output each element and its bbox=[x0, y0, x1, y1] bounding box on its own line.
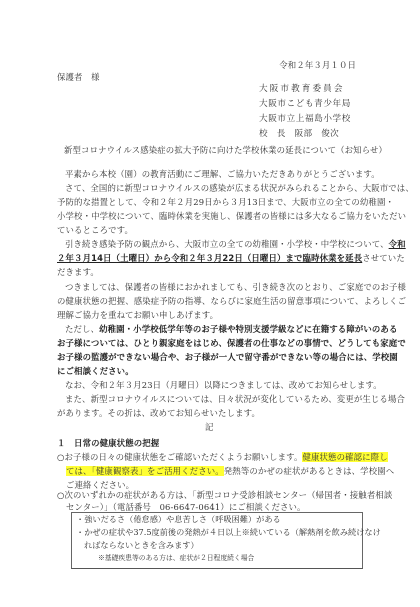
item-1-line-1: ○お子様の日々の健康状態をご確認いただくようお願いします。健康状態の確認に際し bbox=[57, 450, 375, 465]
closure-extension-period: ２年３月14日（土曜日）から令和２年３月22日（日曜日）まで臨時休業を延長 bbox=[57, 253, 362, 263]
paragraph-7-line-2: があります。その折は、改めてお知らせいたします。 bbox=[57, 406, 375, 421]
document-title: 新型コロナウイルス感染症の拡大予防に向けた学校休業の延長について（お知らせ） bbox=[64, 143, 387, 158]
paragraph-2-line-3: 小学校・中学校について、臨時休業を実施し、保護者の皆様には多大なるご協力をいただ… bbox=[57, 209, 375, 224]
paragraph-greeting: 平素から本校（園）の教育活動にご理解、ご協力いただきありがとうございます。 bbox=[57, 167, 383, 182]
paragraph-4-line-2: の健康状態の把握、感染症予防の指導、ならびに家庭生活の留意事項について、よろしく… bbox=[57, 294, 375, 309]
paragraph-2-line-4: ているところです。 bbox=[57, 223, 375, 238]
symptom-note: ※基礎疾患等のある方は、症状が２日程度続く場合 bbox=[98, 551, 254, 566]
paragraph-3-line-2: ２年３月14日（土曜日）から令和２年３月22日（日曜日）まで臨時休業を延長させて… bbox=[57, 251, 375, 266]
paragraph-3-line-3: だきます。 bbox=[57, 265, 375, 280]
item-1-plain: ○お子様の日々の健康状態をご確認いただくようお願いします。 bbox=[57, 452, 302, 462]
paragraph-7-line-1: また、新型コロナウイルスについては、日々状況が変化しているため、変更が生じる場合 bbox=[57, 392, 383, 407]
paragraph-3-line-1: 引き続き感染予防の観点から、大阪市立の全ての幼稚園・小学校・中学校について、令和 bbox=[57, 237, 383, 252]
ki-heading: 記 bbox=[205, 420, 214, 435]
sender-line-4: 校 長 阪部 俊次 bbox=[259, 127, 339, 142]
item-1-line-2: ては、「健康観察表」をご活用ください。発熱等のかぜの症状があるときは、学校園へ bbox=[66, 464, 384, 479]
paragraph-4-line-3: 理解ご協力を重ねてお願い申しあげます。 bbox=[57, 308, 375, 323]
paragraph-2-line-2: 予防的な措置として、令和２年２月29日から３月13日まで、大阪市立の全ての幼稚園… bbox=[57, 195, 375, 210]
paragraph-2-line-1: さて、全国的に新型コロナウイルスの感染が広まる状況がみられることから、大阪市では… bbox=[57, 181, 383, 196]
document-date: 令和２年３月１０日 bbox=[279, 58, 356, 73]
paragraph-5-line-2: お子様については、ひとり親家庭をはじめ、保護者の仕事などの事情で、どうしても家庭… bbox=[57, 336, 375, 351]
sender-line-2: 大阪市こども青少年局 bbox=[259, 97, 351, 112]
paragraph-4-line-1: つきましては、保護者の皆様におかれましても、引き続き次のとおり、ご家庭でのお子様 bbox=[57, 280, 383, 295]
paragraph-6: なお、令和２年３月23日（月曜日）以降につきましては、改めてお知らせします。 bbox=[57, 378, 383, 393]
item-2-line-2: センター）」（電話番号 06-6647-0641）にご相談ください。 bbox=[66, 500, 384, 515]
highlighted-text-1: 健康状態の確認に際し bbox=[302, 452, 387, 462]
paragraph-5-line-4: にご相談ください。 bbox=[57, 364, 375, 379]
p3-plain-end: させていた bbox=[362, 253, 405, 263]
symptoms-box: ・強いだるさ（倦怠感）や息苦しさ（呼吸困難）がある ・かぜの症状や37.5度前後… bbox=[71, 512, 363, 569]
paragraph-5-line-1: ただし、幼稚園・小学校低学年等のお子様や特別支援学級などに在籍する障がいのある bbox=[57, 322, 383, 337]
item-1-plain-2: 発熱等のかぜの症状があるときは、学校園へ bbox=[224, 466, 395, 476]
sender-line-1: 大阪市教育委員会 bbox=[259, 82, 345, 97]
section-1-heading: １ 日常の健康状態の把握 bbox=[57, 436, 159, 451]
p5-prefix: ただし、 bbox=[65, 324, 99, 334]
sender-line-3: 大阪市立上福島小学校 bbox=[259, 112, 351, 127]
p3-bold-start: 令和 bbox=[389, 239, 406, 249]
p5-bold-1: 幼稚園・小学校低学年等のお子様や特別支援学級などに在籍する障がいのある bbox=[99, 324, 397, 334]
highlighted-text-2: ては、「健康観察表」をご活用ください。 bbox=[66, 466, 224, 476]
p3-plain: 引き続き感染予防の観点から、大阪市立の全ての幼稚園・小学校・中学校について、 bbox=[65, 239, 389, 249]
addressee: 保護者 様 bbox=[57, 70, 100, 85]
document-page: 令和２年３月１０日 保護者 様 大阪市教育委員会 大阪市こども青少年局 大阪市立… bbox=[0, 0, 420, 607]
paragraph-5-line-3: お子様の監護ができない場合や、お子様が一人で留守番ができない等の場合には、学校園 bbox=[57, 350, 375, 365]
